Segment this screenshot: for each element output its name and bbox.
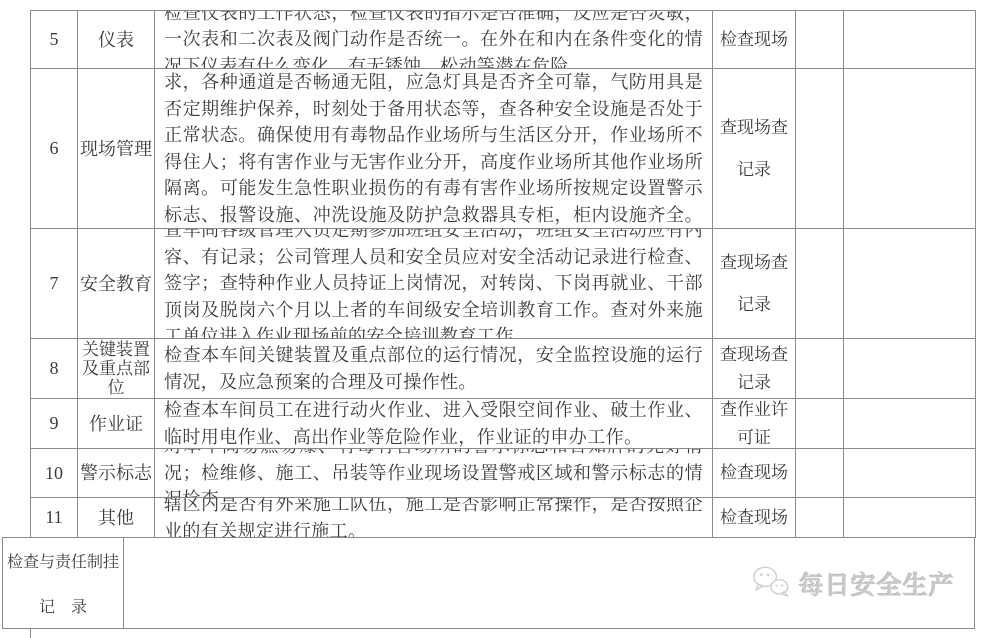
result-cell bbox=[796, 229, 844, 339]
table-row: 9 作业证 检查本车间员工在进行动火作业、进入受限空间作业、破土作业、临时用电作… bbox=[31, 399, 976, 449]
watermark-text: 每日安全生产 bbox=[799, 566, 955, 602]
table-row: 5 仪表 检查仪表的工作状态，检查仪表的指示是否准确，反应是否灵敏，一次表和二次… bbox=[31, 11, 976, 69]
check-content: 查车间各级管理人员定期参加班组安全活动，班组安全活动应有内容、有记录；公司管理人… bbox=[155, 229, 713, 339]
result-cell bbox=[796, 449, 844, 498]
footer-record-cell: 每日安全生产 bbox=[124, 538, 974, 628]
item-name: 仪表 bbox=[78, 11, 155, 69]
check-method: 检查现场 bbox=[713, 449, 796, 498]
check-content: 检查本车间员工在进行动火作业、进入受限空间作业、破土作业、临时用电作业、高出作业… bbox=[155, 399, 713, 449]
row-number: 5 bbox=[31, 11, 78, 69]
remark-cell bbox=[844, 69, 976, 229]
check-content: 检查本车间关键装置及重点部位的运行情况，安全监控设施的运行情况，及应急预案的合理… bbox=[155, 339, 713, 399]
wechat-bubbles-icon bbox=[751, 564, 791, 603]
row-number: 7 bbox=[31, 229, 78, 339]
check-method: 查作业许 可证 bbox=[713, 399, 796, 449]
check-content-text: 辖区内是否有外来施工队伍，施工是否影响正常操作，是否按照企业的有关规定进行施工。 bbox=[164, 498, 703, 538]
remark-cell bbox=[844, 339, 976, 399]
check-method: 查现场查 记录 bbox=[713, 69, 796, 229]
check-content: 检查仪表的工作状态，检查仪表的指示是否准确，反应是否灵敏，一次表和二次表及阀门动… bbox=[155, 11, 713, 69]
safety-inspection-table-page: 5 仪表 检查仪表的工作状态，检查仪表的指示是否准确，反应是否灵敏，一次表和二次… bbox=[0, 0, 988, 638]
footer-label-line2: 记 录 bbox=[39, 594, 87, 617]
check-content: 辖区内是否有外来施工队伍，施工是否影响正常操作，是否按照企业的有关规定进行施工。 bbox=[155, 498, 713, 538]
next-row-border-fragment bbox=[30, 629, 31, 638]
item-name: 其他 bbox=[78, 498, 155, 538]
row-number: 6 bbox=[31, 69, 78, 229]
result-cell bbox=[796, 69, 844, 229]
table-row: 10 警示标志 对本车间易燃易爆、有毒有害场所的警示标志和告知牌的完好情况；检维… bbox=[31, 449, 976, 498]
result-cell bbox=[796, 498, 844, 538]
row-number: 11 bbox=[31, 498, 78, 538]
check-content-text: 检查仪表的工作状态，检查仪表的指示是否准确，反应是否灵敏，一次表和二次表及阀门动… bbox=[164, 11, 703, 69]
remark-cell bbox=[844, 229, 976, 339]
item-name: 关键装置 及重点部 位 bbox=[78, 339, 155, 399]
result-cell bbox=[796, 399, 844, 449]
item-name: 现场管理 bbox=[78, 69, 155, 229]
table-row: 6 现场管理 检查工作现场是否清洁、有序、员工劳动防护用品穿戴是否符合要求，各种… bbox=[31, 69, 976, 229]
table-row: 7 安全教育 查车间各级管理人员定期参加班组安全活动，班组安全活动应有内容、有记… bbox=[31, 229, 976, 339]
check-content-text: 检查工作现场是否清洁、有序、员工劳动防护用品穿戴是否符合要求，各种通道是否畅通无… bbox=[164, 69, 703, 229]
row-number: 8 bbox=[31, 339, 78, 399]
table-row: 8 关键装置 及重点部 位 检查本车间关键装置及重点部位的运行情况，安全监控设施… bbox=[31, 339, 976, 399]
check-content: 检查工作现场是否清洁、有序、员工劳动防护用品穿戴是否符合要求，各种通道是否畅通无… bbox=[155, 69, 713, 229]
check-method: 检查现场 bbox=[713, 498, 796, 538]
table-row: 11 其他 辖区内是否有外来施工队伍，施工是否影响正常操作，是否按照企业的有关规… bbox=[31, 498, 976, 538]
check-content-text: 检查本车间员工在进行动火作业、进入受限空间作业、破土作业、临时用电作业、高出作业… bbox=[164, 399, 703, 449]
check-content-text: 检查本车间关键装置及重点部位的运行情况，安全监控设施的运行情况，及应急预案的合理… bbox=[164, 342, 703, 395]
check-content-text: 查车间各级管理人员定期参加班组安全活动，班组安全活动应有内容、有记录；公司管理人… bbox=[164, 229, 703, 339]
row-number: 10 bbox=[31, 449, 78, 498]
remark-cell bbox=[844, 498, 976, 538]
remark-cell bbox=[844, 449, 976, 498]
inspection-table: 5 仪表 检查仪表的工作状态，检查仪表的指示是否准确，反应是否灵敏，一次表和二次… bbox=[30, 10, 976, 538]
footer-label-cell: 检查与责任制挂 记 录 bbox=[3, 538, 124, 628]
item-name: 安全教育 bbox=[78, 229, 155, 339]
watermark: 每日安全生产 bbox=[751, 564, 955, 603]
result-cell bbox=[796, 339, 844, 399]
row-number: 9 bbox=[31, 399, 78, 449]
check-method: 检查现场 bbox=[713, 11, 796, 69]
check-method: 查现场查 记录 bbox=[713, 229, 796, 339]
item-name: 作业证 bbox=[78, 399, 155, 449]
remark-cell bbox=[844, 399, 976, 449]
check-method: 查现场查 记录 bbox=[713, 339, 796, 399]
item-name: 警示标志 bbox=[78, 449, 155, 498]
footer-label-line1: 检查与责任制挂 bbox=[7, 549, 119, 572]
remark-cell bbox=[844, 11, 976, 69]
footer-record-row: 检查与责任制挂 记 录 bbox=[2, 537, 975, 629]
check-content: 对本车间易燃易爆、有毒有害场所的警示标志和告知牌的完好情况；检维修、施工、吊装等… bbox=[155, 449, 713, 498]
check-content-text: 对本车间易燃易爆、有毒有害场所的警示标志和告知牌的完好情况；检维修、施工、吊装等… bbox=[164, 449, 703, 498]
result-cell bbox=[796, 11, 844, 69]
